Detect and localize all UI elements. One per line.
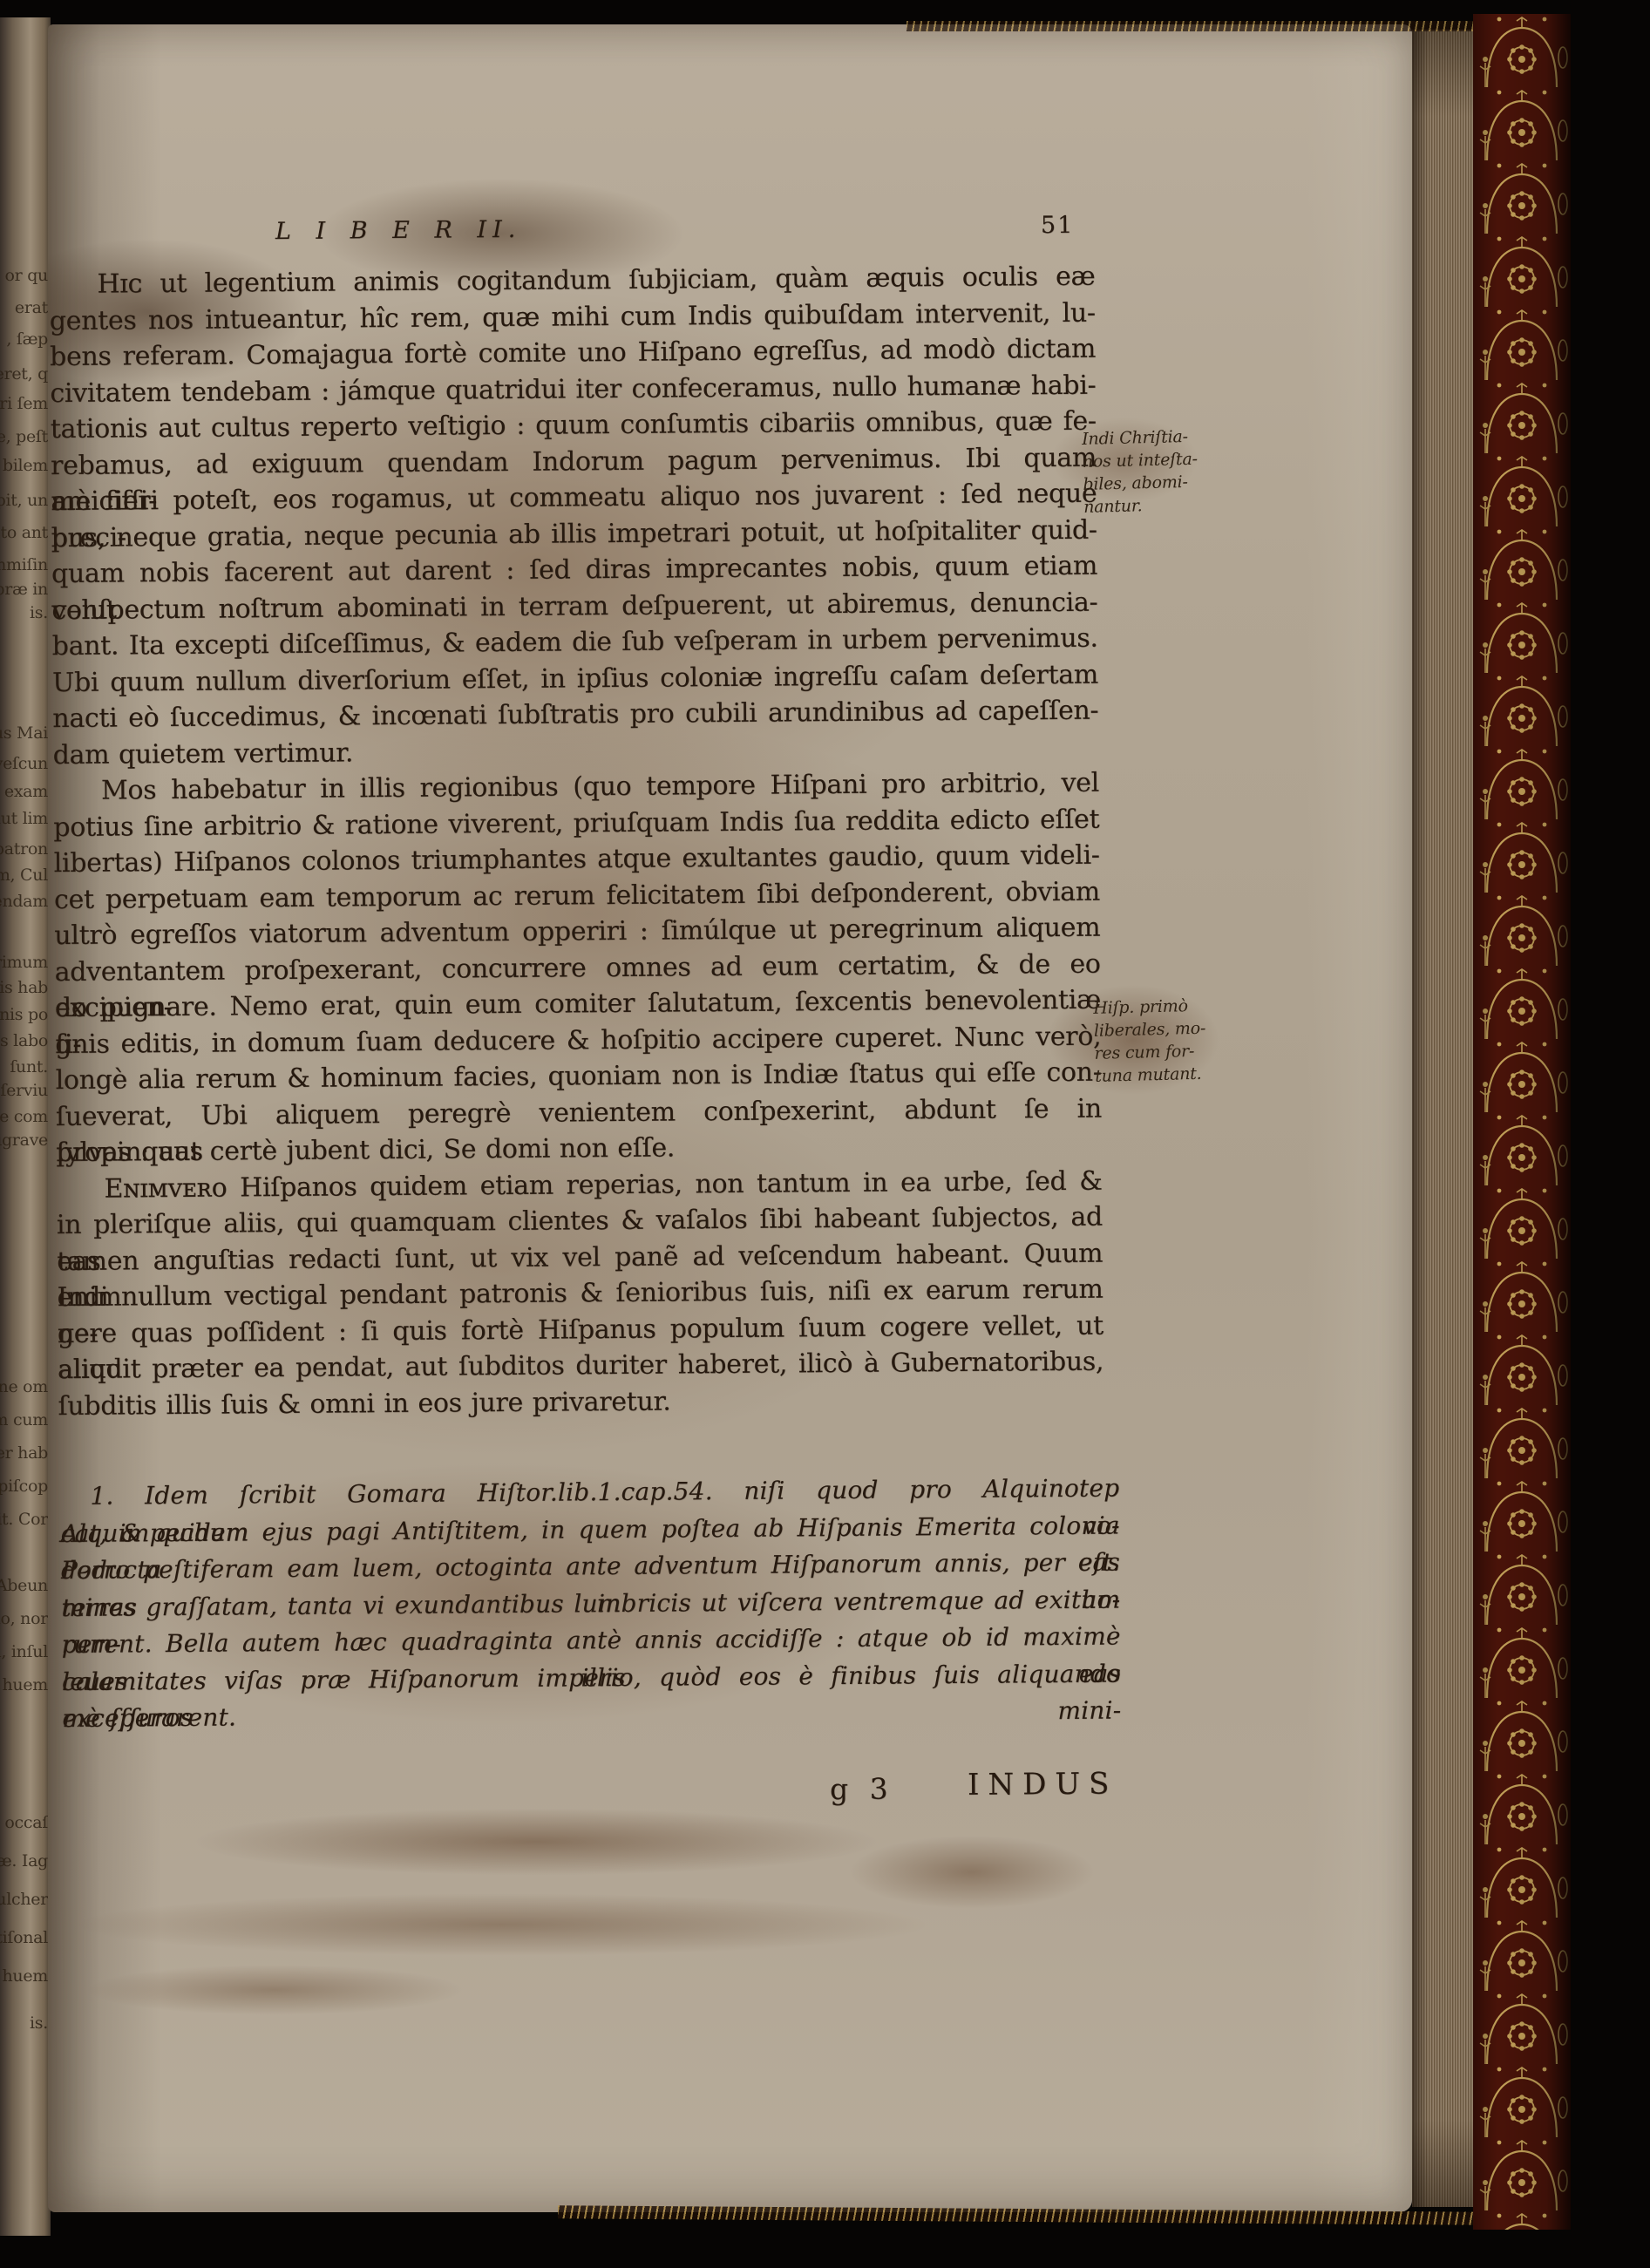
edge-text-fragment: is. xyxy=(30,2013,48,2033)
edge-text-fragment: Abeun xyxy=(0,1576,48,1595)
catchword: INDUS xyxy=(968,1767,1118,1803)
gilt-pattern-svg xyxy=(1473,14,1571,2230)
edge-text-fragment: orimum xyxy=(0,953,48,972)
margin-note-line: liberales, mo- xyxy=(1094,1016,1212,1042)
edge-text-fragment: veſcun xyxy=(0,754,48,773)
margin-note-line: Hiſp. primò xyxy=(1093,994,1212,1019)
margin-note-line: biles, abomi- xyxy=(1083,471,1201,496)
edge-text-fragment: m exam xyxy=(0,782,48,801)
edge-text-fragment: er hab xyxy=(0,1443,48,1463)
binding-gilt-ornament xyxy=(1473,14,1571,2230)
edge-text-fragment: is hab xyxy=(0,978,48,997)
edge-text-fragment: to ant xyxy=(0,523,48,542)
edge-text-fragment: i occaſ xyxy=(0,1813,48,1832)
margin-note-line: tuna mutant. xyxy=(1095,1062,1213,1087)
book-page: L I B E R II. 51 Hɪᴄ ut legentium animis… xyxy=(48,24,1412,2212)
edge-text-fragment: aut lim xyxy=(0,809,48,828)
page-content: L I B E R II. 51 Hɪᴄ ut legentium animis… xyxy=(40,19,1422,2217)
edge-text-fragment: ſtiſonal xyxy=(0,1928,48,1947)
edge-text-fragment: Epiſcop xyxy=(0,1477,48,1496)
edge-text-fragment: , ſæp xyxy=(6,329,48,349)
edge-text-fragment: pit, un xyxy=(0,491,48,510)
edge-text-fragment: nmiſin xyxy=(0,555,48,574)
margin-note-1: Indi Chriſtia-nos ut inteſta-biles, abom… xyxy=(1082,425,1202,519)
edge-text-fragment: anis po xyxy=(0,1005,48,1024)
edge-text-fragment: pulcher xyxy=(0,1890,48,1909)
edge-text-fragment: ſerviu xyxy=(0,1081,48,1100)
edge-text-fragment: um, Cul xyxy=(0,866,48,885)
text-line: ſubditis illis ſuis & omni in eos jure p… xyxy=(58,1380,1103,1424)
edge-text-fragment: hendam xyxy=(0,892,48,911)
gilt-top-edge xyxy=(906,21,1477,31)
edge-text-fragment: no, nor xyxy=(0,1609,48,1628)
edge-text-fragment: que com xyxy=(0,1107,48,1126)
margin-note-line: nantur. xyxy=(1083,493,1202,519)
edge-text-fragment: us Mai xyxy=(0,723,48,743)
edge-text-fragment: lò huem xyxy=(0,1675,48,1694)
edge-text-fragment: tem cum xyxy=(0,1410,48,1429)
margin-note-2: Hiſp. primòliberales, mo-res cum for-tun… xyxy=(1093,994,1213,1087)
running-header: L I B E R II. xyxy=(275,216,522,245)
edge-text-fragment: it. Cor xyxy=(0,1510,48,1529)
margin-note-line: nos ut inteſta- xyxy=(1083,448,1201,473)
edge-text-fragment: e, peſt xyxy=(0,427,48,446)
edge-text-fragment: is labo xyxy=(0,1031,48,1050)
edge-text-fragment: nigrave xyxy=(0,1131,48,1150)
margin-note-line: Indi Chriſtia- xyxy=(1082,425,1200,451)
footnote-line: calamitates viſas præ Hiſpanorum imperio… xyxy=(62,1655,1121,1701)
edge-text-fragment: patron xyxy=(0,839,48,859)
book-photo: { "page": { "header": "L I B E R II.", "… xyxy=(0,0,1650,2268)
edge-text-fragment: a, inſul xyxy=(0,1642,48,1661)
edge-text-fragment: æ. Iag xyxy=(0,1851,48,1871)
footnote: 1. Idem ſcribit Gomara Hiſtor.lib.1.cap.… xyxy=(60,1470,1121,1738)
edge-text-fragment: lò huem xyxy=(0,1966,48,1986)
edge-text-fragment: ſunt. xyxy=(10,1057,48,1076)
text-block-fore-edge xyxy=(1412,30,1473,2207)
edge-text-fragment: ri ſem xyxy=(0,394,48,413)
margin-note-line: res cum for- xyxy=(1094,1039,1212,1064)
body-text: Hɪᴄ ut legentium animis cogitandum ſubji… xyxy=(49,259,1103,1424)
edge-text-fragment: eret, q xyxy=(0,364,48,384)
page-number: 51 xyxy=(1041,212,1075,239)
edge-text-fragment: ne om xyxy=(0,1377,48,1396)
signature-mark: g 3 xyxy=(830,1772,888,1807)
edge-text-fragment: bilem xyxy=(3,456,48,475)
edge-text-fragment: præ in xyxy=(0,580,48,599)
